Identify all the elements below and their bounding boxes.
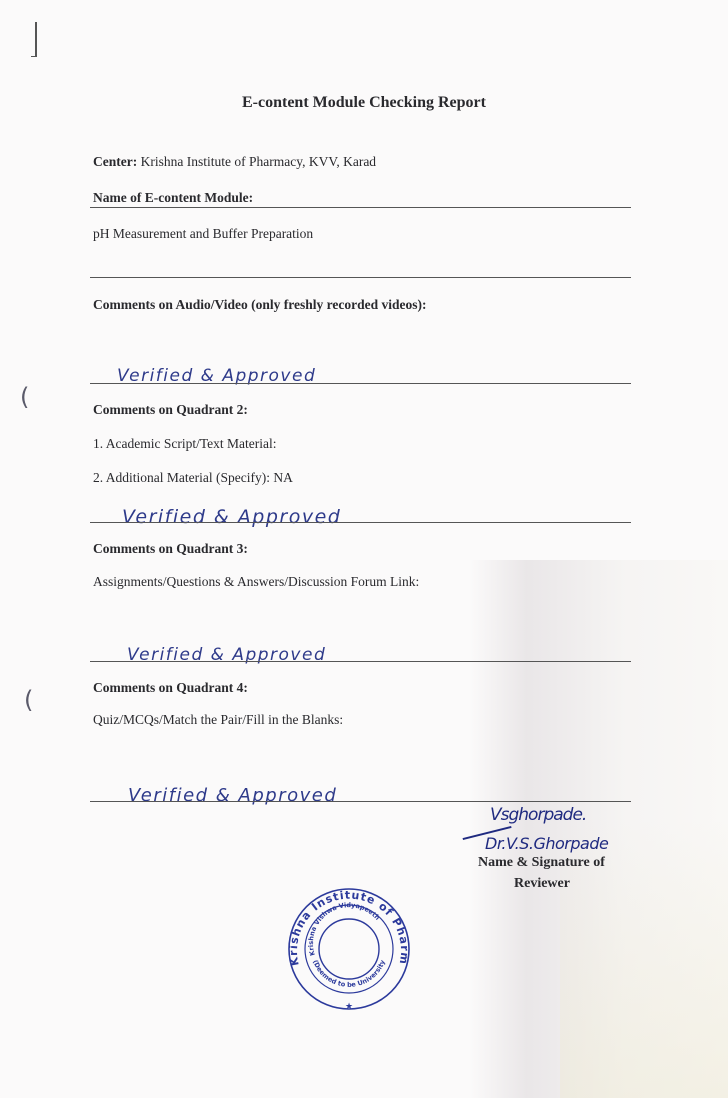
margin-mark — [35, 22, 37, 56]
section-heading-quadrant-4: Comments on Quadrant 4: — [93, 680, 248, 696]
section-heading-audio-video: Comments on Audio/Video (only freshly re… — [93, 297, 427, 313]
section-item: 2. Additional Material (Specify): NA — [93, 470, 293, 486]
center-line: Center: Krishna Institute of Pharmacy, K… — [93, 154, 376, 170]
center-value: Krishna Institute of Pharmacy, KVV, Kara… — [137, 154, 376, 169]
handwritten-reviewer-name: Dr.V.S.Ghorpade — [485, 834, 608, 853]
section-heading-quadrant-2: Comments on Quadrant 2: — [93, 402, 248, 418]
center-label: Center: — [93, 154, 137, 169]
handwritten-signature: Vsghorpade. — [490, 805, 586, 825]
comment-line — [90, 522, 631, 523]
handwritten-comment: Verified & Approved — [122, 506, 341, 528]
institute-stamp: Krishna Institute of Pharmacy Krishna Vi… — [285, 885, 413, 1013]
comment-line — [90, 383, 631, 384]
comment-line — [90, 801, 631, 802]
module-name-value: pH Measurement and Buffer Preparation — [93, 226, 313, 242]
svg-text:★: ★ — [345, 1002, 353, 1012]
comment-line — [90, 661, 631, 662]
document-title: E-content Module Checking Report — [0, 94, 728, 112]
module-name-label: Name of E-content Module: — [93, 190, 253, 206]
section-item: 1. Academic Script/Text Material: — [93, 436, 277, 452]
section-heading-quadrant-3: Comments on Quadrant 3: — [93, 541, 248, 557]
section-item: Quiz/MCQs/Match the Pair/Fill in the Bla… — [93, 712, 343, 728]
handwritten-comment: Verified & Approved — [127, 645, 326, 665]
binder-hole-mark: ( — [24, 688, 33, 712]
divider — [90, 277, 631, 278]
section-item: Assignments/Questions & Answers/Discussi… — [93, 574, 419, 590]
handwritten-comment: Verified & Approved — [128, 785, 337, 806]
divider — [90, 207, 631, 208]
signature-label: Name & Signature of — [478, 855, 605, 871]
signature-label-reviewer: Reviewer — [514, 876, 570, 892]
binder-hole-mark: ( — [20, 385, 29, 409]
